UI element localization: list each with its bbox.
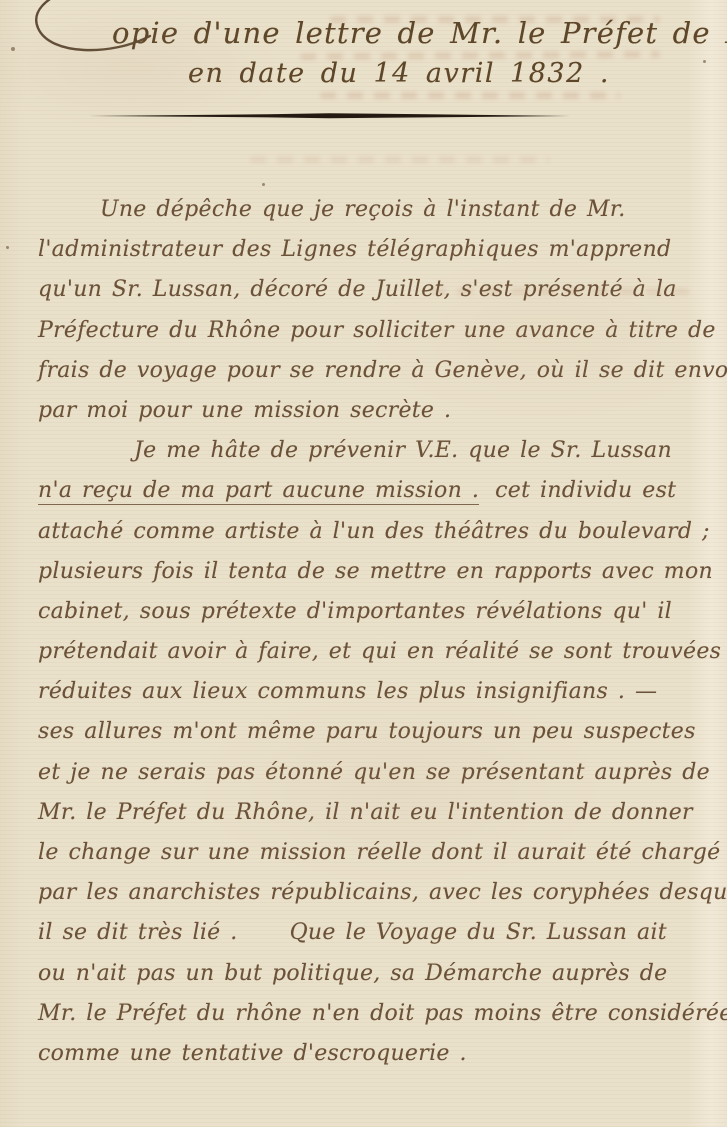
manuscript-line: l'administrateur des Lignes télégraphiqu… [38, 230, 700, 270]
title-text: opie d'une lettre de Mr. le Préfet de Po… [112, 16, 727, 50]
line-text: Une dépêche que je reçois à l'instant de… [100, 197, 626, 222]
line-text: par les anarchistes républicains, avec l… [38, 880, 727, 905]
line-text: Que le Voyage du Sr. Lussan ait [290, 920, 667, 945]
manuscript-line: plusieurs fois il tenta de se mettre en … [38, 552, 700, 592]
letter-body: Une dépêche que je reçois à l'instant de… [38, 190, 700, 1074]
manuscript-line: frais de voyage pour se rendre à Genève,… [38, 351, 700, 391]
line-text: Mr. le Préfet du rhône n'en doit pas moi… [38, 1001, 727, 1026]
manuscript-line: et je ne serais pas étonné qu'en se prés… [38, 753, 700, 793]
foxing-speck [11, 47, 15, 51]
manuscript-page: opie d'une lettre de Mr. le Préfet de Po… [0, 0, 727, 1127]
manuscript-line: par les anarchistes républicains, avec l… [38, 873, 700, 913]
line-text: attaché comme artiste à l'un des théâtre… [38, 519, 710, 544]
horizontal-rule [88, 112, 570, 120]
manuscript-line: ou n'ait pas un but politique, sa Démarc… [38, 954, 700, 994]
line-text: ou n'ait pas un but politique, sa Démarc… [38, 961, 668, 986]
line-text: prétendait avoir à faire, et qui en réal… [38, 639, 721, 664]
date-text: en date du 14 avril 1832 . [188, 58, 610, 89]
line-text: cabinet, sous prétexte d'importantes rév… [38, 599, 672, 624]
document-date-line: en date du 14 avril 1832 . [188, 58, 610, 89]
manuscript-line: Préfecture du Rhône pour solliciter une … [38, 311, 700, 351]
manuscript-line: ses allures m'ont même paru toujours un … [38, 712, 700, 752]
foxing-speck [6, 246, 9, 249]
line-text: comme une tentative d'escroquerie . [38, 1041, 467, 1066]
line-text: le change sur une mission réelle dont il… [38, 840, 720, 865]
document-title: opie d'une lettre de Mr. le Préfet de Po… [112, 16, 727, 50]
manuscript-line: n'a reçu de ma part aucune mission .cet … [38, 471, 700, 511]
manuscript-line: cabinet, sous prétexte d'importantes rév… [38, 592, 700, 632]
line-text: qu'un Sr. Lussan, décoré de Juillet, s'e… [38, 277, 677, 302]
manuscript-line: comme une tentative d'escroquerie . [38, 1034, 700, 1074]
manuscript-line: réduites aux lieux communs les plus insi… [38, 672, 700, 712]
manuscript-line: par moi pour une mission secrète . [38, 391, 700, 431]
manuscript-line: attaché comme artiste à l'un des théâtre… [38, 512, 700, 552]
line-text: et je ne serais pas étonné qu'en se prés… [38, 760, 710, 785]
line-text: réduites aux lieux communs les plus insi… [38, 679, 657, 704]
line-text: cet individu est [495, 478, 676, 503]
line-text: Préfecture du Rhône pour solliciter une … [38, 318, 716, 343]
line-text: il se dit très lié . [38, 920, 238, 945]
line-text: ses allures m'ont même paru toujours un … [38, 719, 696, 744]
manuscript-line: il se dit très lié .Que le Voyage du Sr.… [38, 913, 700, 953]
line-text: Je me hâte de prévenir V.E. que le Sr. L… [134, 438, 672, 463]
manuscript-line: le change sur une mission réelle dont il… [38, 833, 700, 873]
foxing-speck [262, 183, 265, 186]
manuscript-line: Une dépêche que je reçois à l'instant de… [38, 190, 700, 230]
manuscript-line: prétendait avoir à faire, et qui en réal… [38, 632, 700, 672]
line-text: frais de voyage pour se rendre à Genève,… [38, 358, 727, 383]
line-text: par moi pour une mission secrète . [38, 398, 451, 423]
foxing-speck [703, 60, 706, 63]
manuscript-line: Je me hâte de prévenir V.E. que le Sr. L… [38, 431, 700, 471]
manuscript-line: Mr. le Préfet du Rhône, il n'ait eu l'in… [38, 793, 700, 833]
bleedthrough-mark [320, 92, 620, 99]
manuscript-line: Mr. le Préfet du rhône n'en doit pas moi… [38, 994, 700, 1034]
bleedthrough-mark [250, 156, 550, 163]
line-text: Mr. le Préfet du Rhône, il n'ait eu l'in… [38, 800, 693, 825]
underlined-phrase: n'a reçu de ma part aucune mission . [38, 478, 479, 505]
manuscript-line: qu'un Sr. Lussan, décoré de Juillet, s'e… [38, 270, 700, 310]
line-text: plusieurs fois il tenta de se mettre en … [38, 559, 713, 584]
line-text: l'administrateur des Lignes télégraphiqu… [38, 237, 671, 262]
